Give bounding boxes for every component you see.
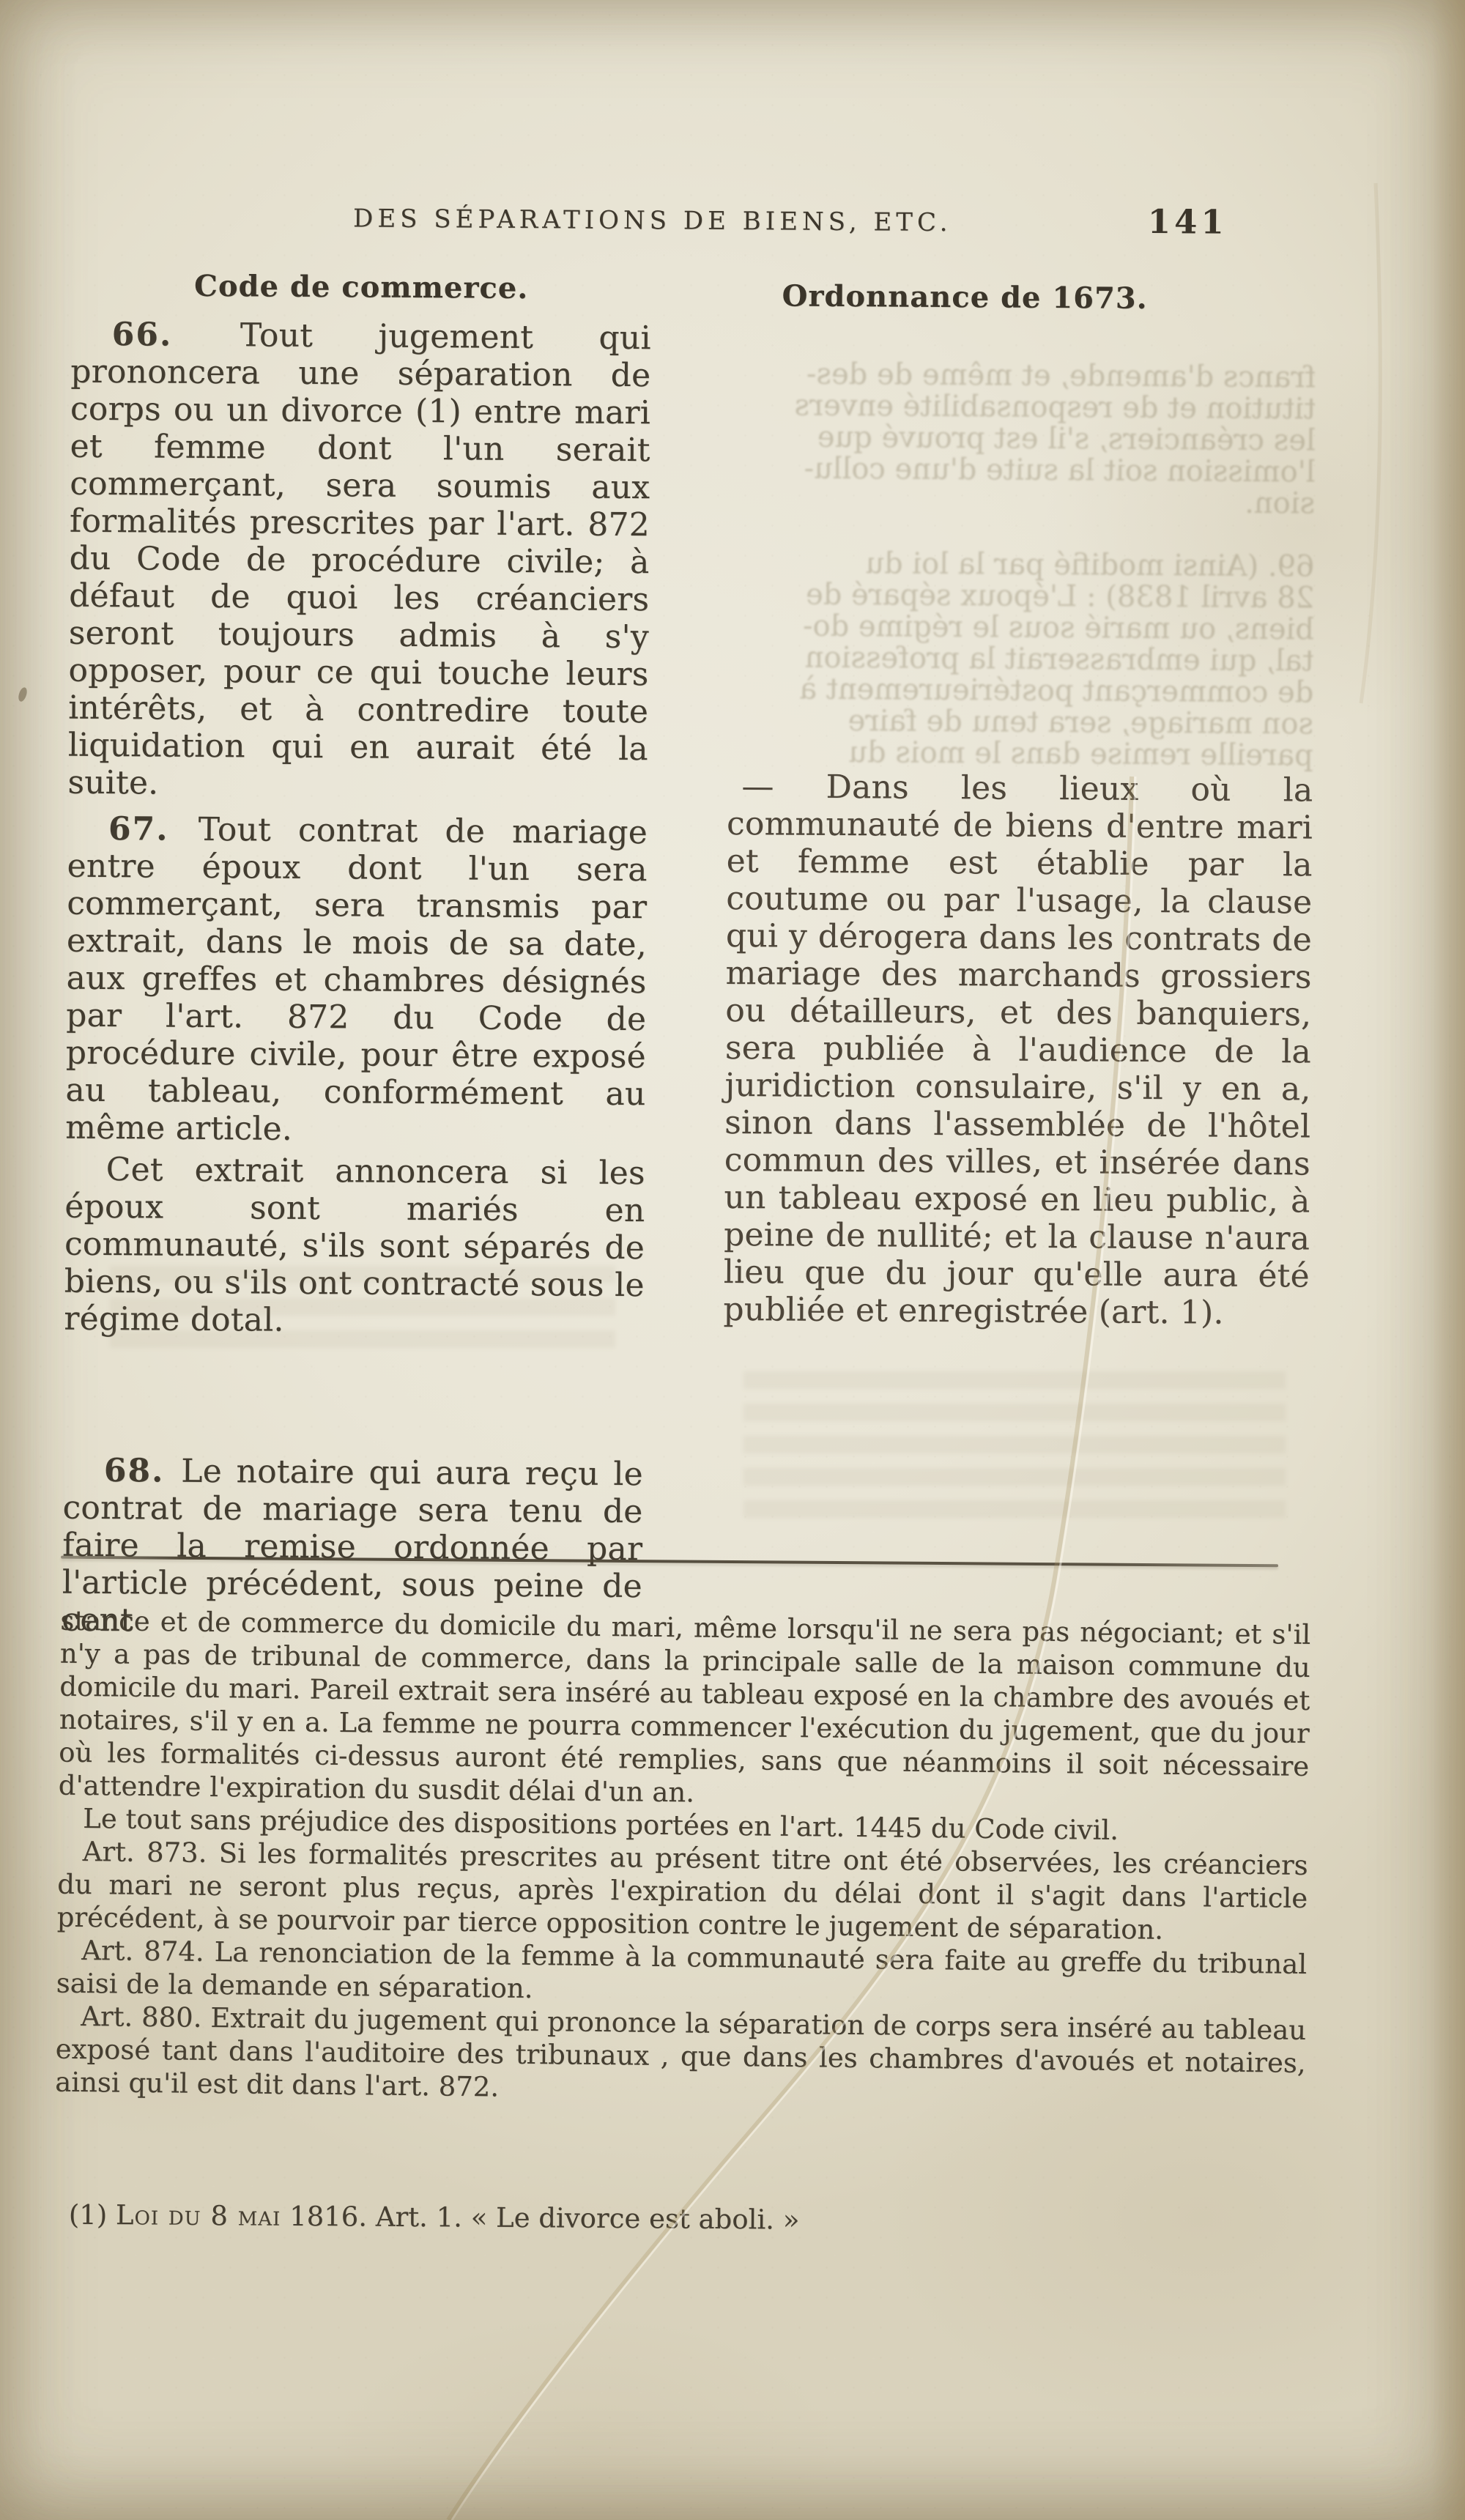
article-paragraph: 66. Tout jugement qui prononcera une sép… — [67, 316, 651, 806]
footnote-paragraph: Art. 880. Extrait du jugement qui pronon… — [55, 2000, 1306, 2113]
column-title-left: Code de commerce. — [71, 268, 651, 307]
footnote-reference: (1) Loi du 8 mai 1816. Art. 1. « Le divo… — [69, 2199, 800, 2236]
ink-bleedthrough-text: francs d'amende, et même de des-titution… — [727, 358, 1316, 772]
footnote-block: stance et de commerce du domicile du mar… — [55, 1604, 1311, 2113]
footnote-paragraph: Art. 873. Si les formalités prescrites a… — [57, 1835, 1308, 1948]
left-articles: 66. Tout jugement qui prononcera une sép… — [62, 316, 651, 1642]
bleedthrough-line: pareille remise dans le mois du — [727, 736, 1313, 772]
article-paragraph: Cet extrait annoncera si les époux sont … — [64, 1151, 645, 1342]
footnote-ref-prefix: (1) — [69, 2199, 116, 2231]
page-content: DES SÉPARATIONS DE BIENS, ETC. 141 Code … — [0, 0, 1465, 2520]
running-head: DES SÉPARATIONS DE BIENS, ETC. — [250, 203, 1056, 238]
page-number: 141 — [1148, 202, 1228, 242]
bleedthrough-line: son mariage, sera tenu de faire — [727, 705, 1313, 741]
article-number: 67. — [108, 810, 199, 848]
bleedthrough-line: sion. — [729, 484, 1315, 520]
column-ordonnance-1673: Ordonnance de 1673. francs d'amende, et … — [723, 278, 1316, 1333]
scanned-book-page: DES SÉPARATIONS DE BIENS, ETC. 141 Code … — [0, 0, 1465, 2520]
footnote-paragraph: stance et de commerce du domicile du mar… — [59, 1604, 1311, 1816]
article-number: 68. — [104, 1452, 182, 1490]
right-articles: — Dans les lieux où la communauté de bie… — [723, 768, 1313, 1333]
article-number: 66. — [112, 316, 240, 354]
article-paragraph: 67. Tout contrat de mariage entre époux … — [65, 810, 648, 1151]
bleedthrough-line — [729, 516, 1315, 552]
footnote-ref-smallcaps: Loi du 8 mai — [116, 2199, 281, 2232]
article-paragraph: — Dans les lieux où la communauté de bie… — [723, 768, 1313, 1333]
bleedthrough-line: de commerçant postérieurement à — [727, 673, 1313, 709]
bleedthrough-line: l'omission soit la suite d'une collu- — [729, 453, 1315, 489]
column-code-de-commerce: Code de commerce. 66. Tout jugement qui … — [62, 268, 651, 1642]
footnote-ref-rest: 1816. Art. 1. « Le divorce est aboli. » — [281, 2201, 799, 2236]
column-title-right: Ordonnance de 1673. — [730, 278, 1199, 316]
